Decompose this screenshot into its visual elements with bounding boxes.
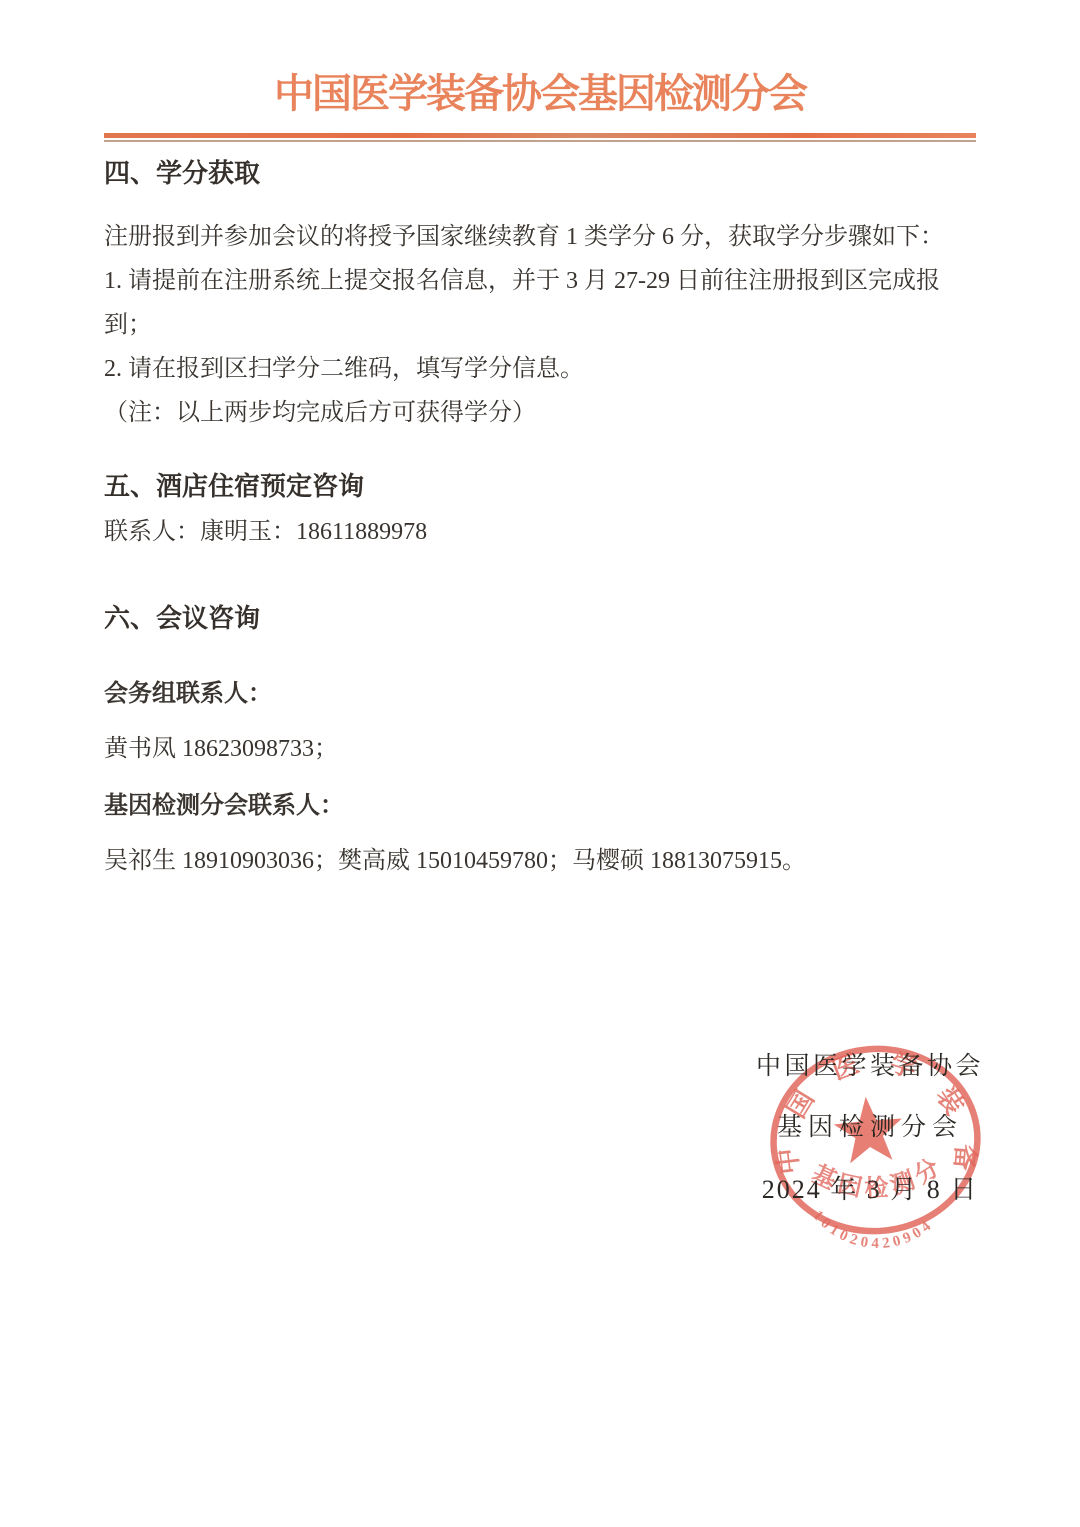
section-heading-inquiry: 六、会议咨询: [104, 605, 984, 633]
document-body: 四、学分获取 注册报到并参加会议的将授予国家继续教育 1 类学分 6 分，获取学…: [0, 160, 1080, 874]
credits-paragraph: 注册报到并参加会议的将授予国家继续教育 1 类学分 6 分，获取学分步骤如下： …: [104, 215, 984, 435]
signature-branch: 基因检测分会: [740, 1113, 1000, 1143]
signature-org: 中国医学装备协会: [740, 1052, 1000, 1082]
section-heading-credits: 四、学分获取: [104, 160, 984, 188]
divider-thick-line: [104, 133, 976, 138]
credits-note: （注：以上两步均完成后方可获得学分）: [104, 391, 984, 435]
credits-intro: 注册报到并参加会议的将授予国家继续教育 1 类学分 6 分，获取学分步骤如下：: [104, 215, 984, 259]
hotel-contact: 联系人：康明玉：18611889978: [104, 519, 984, 545]
branch-contacts: 吴祁生 18910903036；樊高威 15010459780；马樱硕 1881…: [104, 848, 984, 874]
page-title: 中国医学装备协会基因检测分会: [0, 0, 1080, 120]
credits-step-2: 2. 请在报到区扫学分二维码，填写学分信息。: [104, 347, 984, 391]
group-contact-label: 会务组联系人：: [104, 681, 984, 707]
document-page: 中国医学装备协会基因检测分会 四、学分获取 注册报到并参加会议的将授予国家继续教…: [0, 0, 1080, 1527]
branch-contact-label: 基因检测分会联系人：: [104, 793, 984, 819]
signature-date: 2024 年 3 月 8 日: [740, 1175, 1000, 1205]
group-contact: 黄书凤 18623098733；: [104, 736, 984, 762]
header-divider: [104, 133, 976, 142]
signature-block: 中国医学装备协会 基因检测分会 2024 年 3 月 8 日: [740, 1052, 1000, 1205]
credits-step-1: 1. 请提前在注册系统上提交报名信息，并于 3 月 27-29 日前往注册报到区…: [104, 259, 984, 347]
divider-thin-line: [104, 140, 976, 142]
section-heading-hotel: 五、酒店住宿预定咨询: [104, 473, 984, 501]
